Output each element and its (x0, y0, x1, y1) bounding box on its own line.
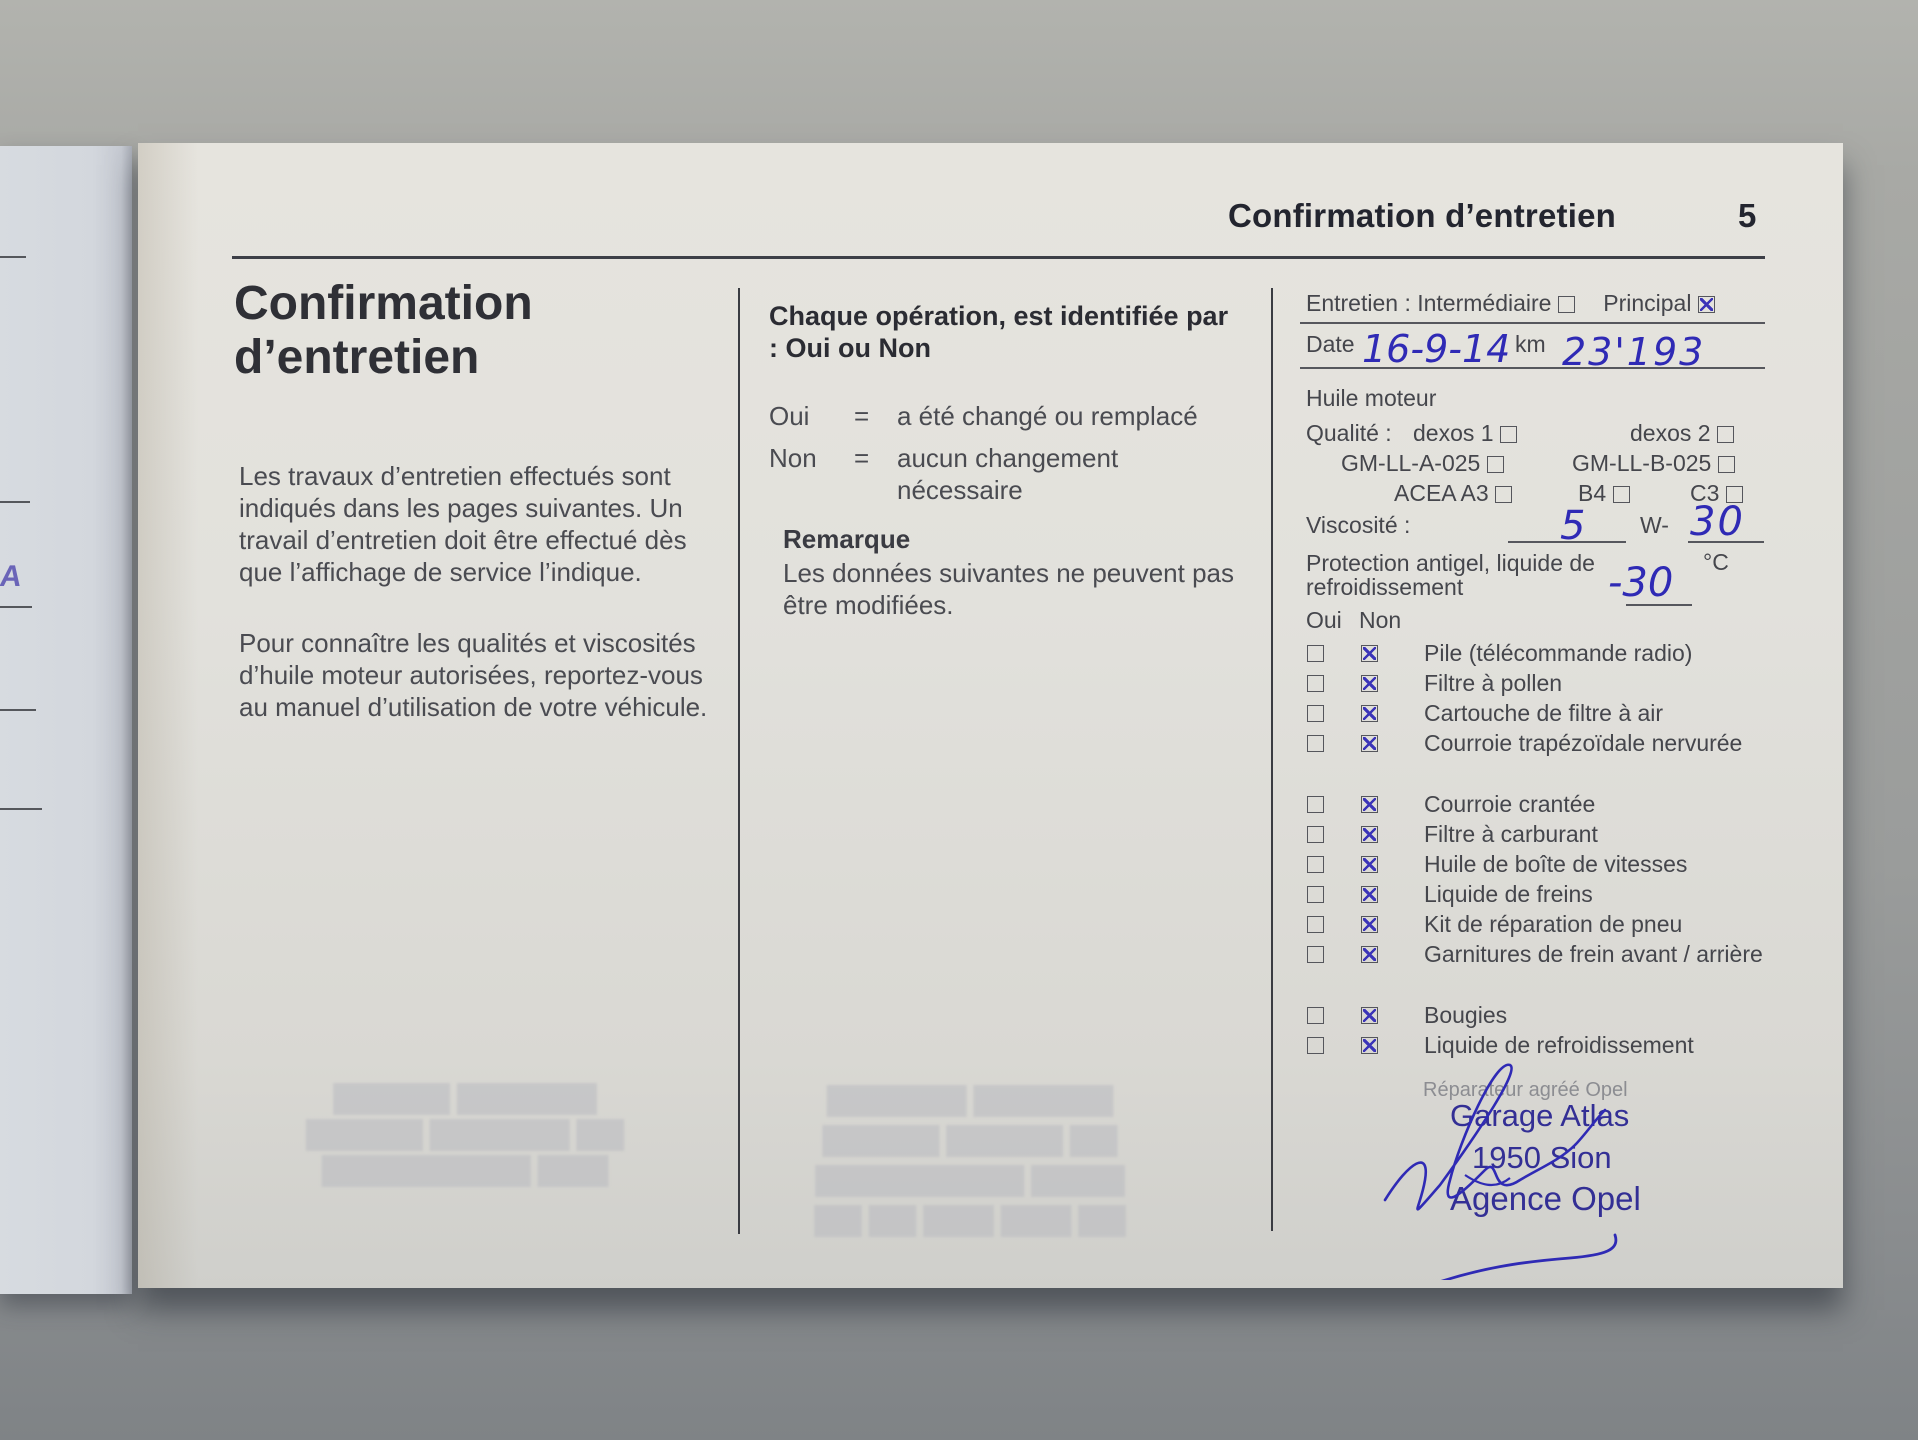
oui-checkbox[interactable] (1307, 705, 1324, 722)
oui-checkbox[interactable] (1307, 826, 1324, 843)
oil-heading: Huile moteur (1306, 385, 1436, 412)
left-page-rule (0, 808, 42, 810)
left-page-rule (0, 501, 30, 503)
section-title-line: d’entretien (234, 331, 533, 385)
km-label: km (1515, 331, 1546, 358)
quality-option-gm-ll-a-025: GM-LL-A-025 (1341, 450, 1504, 477)
form-rule (1626, 604, 1692, 606)
oui-checkbox[interactable] (1307, 675, 1324, 692)
quality-option-label: GM-LL-B-025 (1572, 450, 1711, 476)
form-rule (1300, 322, 1765, 324)
oui-checkbox[interactable] (1307, 735, 1324, 752)
quality-option-label: dexos 1 (1413, 420, 1494, 446)
column-divider (1271, 288, 1273, 1231)
form-rule (1300, 367, 1765, 369)
oui-checkbox[interactable] (1307, 886, 1324, 903)
principal-label: Principal (1603, 290, 1691, 316)
checklist-item-label: Cartouche de filtre à air (1424, 701, 1764, 726)
ghost-bleed-through: ▇▇▇▇▇▇ ▇▇▇▇▇▇▇▇ ▇▇▇▇▇ ▇▇▇▇▇▇▇▇▇ ▇▇▇▇▇▇▇▇… (790, 1080, 1150, 1240)
quality-option-dexos1: dexos 1 (1413, 420, 1517, 447)
checklist-item-label: Courroie crantée (1424, 792, 1764, 817)
principal-checkbox[interactable] (1698, 296, 1715, 313)
quality-option-dexos2: dexos 2 (1630, 420, 1734, 447)
date-label: Date (1306, 331, 1355, 358)
maintenance-type-row: Entretien : Intermédiaire Principal (1306, 290, 1715, 317)
non-checkbox[interactable] (1361, 856, 1378, 873)
quality-label: Qualité : (1306, 420, 1392, 447)
checklist-row: Cartouche de filtre à air (1307, 701, 1777, 731)
checklist-row: Huile de boîte de vitesses (1307, 852, 1777, 882)
legend-key: Oui (769, 400, 809, 432)
quality-option-gm-ll-b-025: GM-LL-B-025 (1572, 450, 1735, 477)
checklist-row: Garnitures de frein avant / arrière (1307, 942, 1777, 972)
dexos2-checkbox[interactable] (1717, 426, 1734, 443)
checklist-item-label: Garnitures de frein avant / arrière (1424, 942, 1764, 967)
checklist-item-label: Filtre à pollen (1424, 671, 1764, 696)
oui-checkbox[interactable] (1307, 645, 1324, 662)
antifreeze-field[interactable]: -30 (1608, 560, 1673, 606)
legend-equals: = (854, 400, 869, 432)
ghost-bleed-through: ▇▇▇▇▇▇ ▇▇▇▇▇▇▇ ▇▇▇▇▇▇ ▇▇▇▇▇▇▇▇ ▇▇▇▇▇▇▇▇▇ (300, 1080, 630, 1188)
non-checkbox[interactable] (1361, 645, 1378, 662)
checklist-item-label: Bougies (1424, 1003, 1764, 1028)
antifreeze-label: Protection antigel, liquide de refroidis… (1306, 551, 1595, 599)
legend-row-oui: Oui = a été changé ou remplacé (769, 400, 1239, 434)
non-checkbox[interactable] (1361, 1007, 1378, 1024)
col-oui-header: Oui (1306, 607, 1342, 634)
checklist-row: Courroie crantée (1307, 792, 1777, 822)
legend-value: a été changé ou remplacé (897, 400, 1237, 432)
viscosity-hot-field[interactable]: 30 (1690, 499, 1745, 545)
oui-checkbox[interactable] (1307, 1037, 1324, 1054)
non-checkbox[interactable] (1361, 705, 1378, 722)
oui-checkbox[interactable] (1307, 856, 1324, 873)
oui-checkbox[interactable] (1307, 916, 1324, 933)
checklist-item-label: Courroie trapézoïdale nervurée (1424, 731, 1764, 756)
checklist-row: Pile (télécommande radio) (1307, 641, 1777, 671)
checklist-row: Courroie trapézoïdale nervurée (1307, 731, 1777, 761)
oui-checkbox[interactable] (1307, 796, 1324, 813)
remark-text: Les données suivantes ne peuvent pas êtr… (783, 557, 1243, 621)
oui-checkbox[interactable] (1307, 1007, 1324, 1024)
section-title-line: Confirmation (234, 277, 533, 331)
oil-reference-paragraph: Pour connaître les qualités et viscosité… (239, 627, 719, 723)
non-checkbox[interactable] (1361, 886, 1378, 903)
left-page-rule (0, 606, 32, 608)
viscosity-label: Viscosité : (1306, 512, 1410, 539)
intro-paragraph: Les travaux d’entretien effectués sont i… (239, 460, 719, 588)
antifreeze-label-line: Protection antigel, liquide de (1306, 551, 1595, 575)
non-checkbox[interactable] (1361, 675, 1378, 692)
maintenance-label: Entretien : (1306, 290, 1411, 316)
checklist-row: Filtre à pollen (1307, 671, 1777, 701)
antifreeze-label-line: refroidissement (1306, 575, 1595, 599)
intermediate-label: Intermédiaire (1417, 290, 1551, 316)
gm-ll-b-025-checkbox[interactable] (1718, 456, 1735, 473)
quality-option-b4: B4 (1578, 480, 1630, 507)
oui-checkbox[interactable] (1307, 946, 1324, 963)
section-title: Confirmation d’entretien (234, 277, 533, 385)
legend-key: Non (769, 442, 817, 474)
checklist-item-label: Liquide de freins (1424, 882, 1764, 907)
col-non-header: Non (1359, 607, 1401, 634)
non-checkbox[interactable] (1361, 796, 1378, 813)
signature (1370, 1050, 1700, 1280)
quality-option-acea-a3: ACEA A3 (1394, 480, 1512, 507)
left-page: A (0, 146, 132, 1294)
checklist-row: Liquide de freins (1307, 882, 1777, 912)
checklist-row: Kit de réparation de pneu (1307, 912, 1777, 942)
non-checkbox[interactable] (1361, 916, 1378, 933)
intermediate-checkbox[interactable] (1558, 296, 1575, 313)
left-page-rule (0, 256, 26, 258)
checklist-row: Filtre à carburant (1307, 822, 1777, 852)
checklist-row: Bougies (1307, 1003, 1777, 1033)
legend-value: aucun changement nécessaire (897, 442, 1157, 506)
column-divider (738, 288, 740, 1234)
acea-a3-checkbox[interactable] (1495, 486, 1512, 503)
form-rule (1688, 541, 1764, 543)
legend-row-non: Non = aucun changement nécessaire (769, 442, 1239, 508)
header-rule (232, 256, 1765, 259)
quality-option-label: ACEA A3 (1394, 480, 1489, 506)
non-checkbox[interactable] (1361, 946, 1378, 963)
dexos1-checkbox[interactable] (1500, 426, 1517, 443)
checklist-item-label: Huile de boîte de vitesses (1424, 852, 1764, 877)
quality-option-label: dexos 2 (1630, 420, 1711, 446)
quality-option-label: GM-LL-A-025 (1341, 450, 1480, 476)
left-page-rule (0, 709, 36, 711)
date-field[interactable]: 16-9-14 (1362, 327, 1510, 371)
gm-ll-a-025-checkbox[interactable] (1487, 456, 1504, 473)
page-number: 5 (1738, 197, 1756, 235)
checklist-item-label: Filtre à carburant (1424, 822, 1764, 847)
non-checkbox[interactable] (1361, 826, 1378, 843)
legend-heading: Chaque opération, est identifiée par : O… (769, 300, 1239, 364)
checklist-item-label: Kit de réparation de pneu (1424, 912, 1764, 937)
checklist-item-label: Pile (télécommande radio) (1424, 641, 1764, 666)
form-rule (1508, 541, 1626, 543)
viscosity-separator: W- (1640, 512, 1669, 539)
left-page-handwriting: A (0, 560, 24, 594)
legend-equals: = (854, 442, 869, 474)
non-checkbox[interactable] (1361, 735, 1378, 752)
remark-title: Remarque (783, 524, 910, 555)
b4-checkbox[interactable] (1613, 486, 1630, 503)
antifreeze-unit: °C (1703, 549, 1729, 576)
running-header-title: Confirmation d’entretien (1228, 197, 1616, 235)
